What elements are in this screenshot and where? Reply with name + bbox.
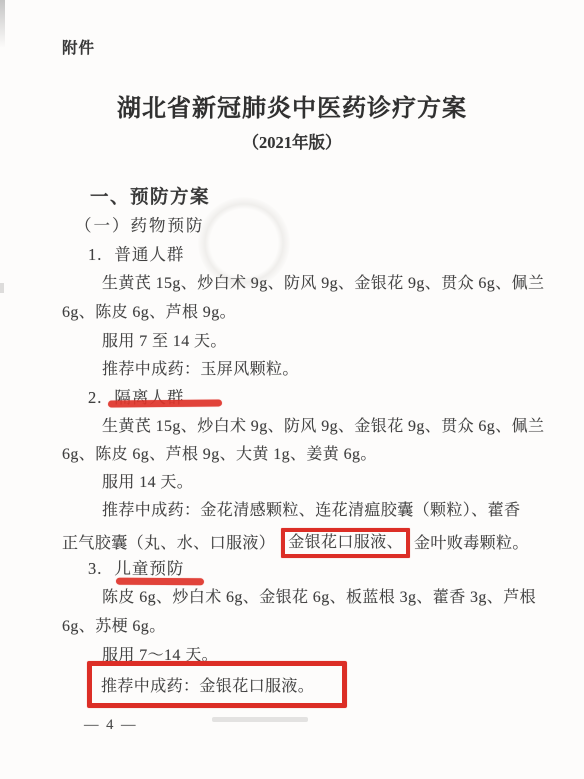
red-marker-box: 金银花口服液、 xyxy=(281,528,410,558)
group-heading-general: 1.普通人群 xyxy=(62,244,570,265)
scan-streak-artifact xyxy=(212,717,308,722)
group-number: 3. xyxy=(88,559,102,578)
recommendation-line: 推荐中成药：玉屏风颗粒。 xyxy=(62,359,570,380)
recommendation-line: 推荐中成药：金花清感颗粒、连花清瘟胶囊（颗粒）、藿香 xyxy=(62,500,570,521)
group-number: 2. xyxy=(88,388,102,407)
scanned-document-page: 附件 湖北省新冠肺炎中医药诊疗方案 （2021年版） 一、预防方案 （一）药物预… xyxy=(0,0,584,779)
duration-line: 服用 7 至 14 天。 xyxy=(62,331,570,352)
page-number: — 4 — xyxy=(84,717,138,734)
group-title: 普通人群 xyxy=(114,245,184,264)
group-heading-quarantine: 2.隔离人群 xyxy=(62,387,570,408)
duration-line: 服用 14 天。 xyxy=(62,472,570,493)
section-heading: 一、预防方案 xyxy=(62,186,570,207)
group-title: 儿童预防 xyxy=(114,559,184,578)
herbs-line: 陈皮 6g、炒白术 6g、金银花 6g、板蓝根 3g、藿香 3g、芦根 xyxy=(62,587,570,608)
recommendation-text-post: 金叶败毒颗粒。 xyxy=(414,533,529,554)
scan-spot-artifact xyxy=(0,283,4,293)
herbs-line: 生黄芪 15g、炒白术 9g、防风 9g、金银花 9g、贯众 6g、佩兰 xyxy=(62,273,570,294)
recommendation-text-pre: 正气胶囊（丸、水、口服液） xyxy=(62,533,275,554)
red-marker-box: 推荐中成药：金银花口服液。 xyxy=(87,661,347,708)
recommendation-line: 推荐中成药：金银花口服液。 xyxy=(101,673,314,696)
herbs-line: 6g、苏梗 6g。 xyxy=(62,616,570,637)
document-title: 湖北省新冠肺炎中医药诊疗方案 xyxy=(0,88,584,123)
scan-edge-artifact xyxy=(0,0,5,48)
group-heading-children: 3.儿童预防 xyxy=(62,558,570,579)
herbs-line: 6g、陈皮 6g、芦根 9g、大黄 1g、姜黄 6g。 xyxy=(62,444,570,465)
red-marker-underline xyxy=(116,578,204,585)
herbs-line: 生黄芪 15g、炒白术 9g、防风 9g、金银花 9g、贯众 6g、佩兰 xyxy=(62,416,570,437)
subsection-heading: （一）药物预防 xyxy=(62,215,570,236)
attachment-label: 附件 xyxy=(62,38,570,59)
document-subtitle: （2021年版） xyxy=(0,129,584,153)
recommendation-line: 正气胶囊（丸、水、口服液） 金银花口服液、 金叶败毒颗粒。 xyxy=(62,528,570,558)
red-marker-underline xyxy=(108,399,222,407)
group-number: 1. xyxy=(88,245,102,264)
herbs-line: 6g、陈皮 6g、芦根 9g。 xyxy=(62,302,570,323)
